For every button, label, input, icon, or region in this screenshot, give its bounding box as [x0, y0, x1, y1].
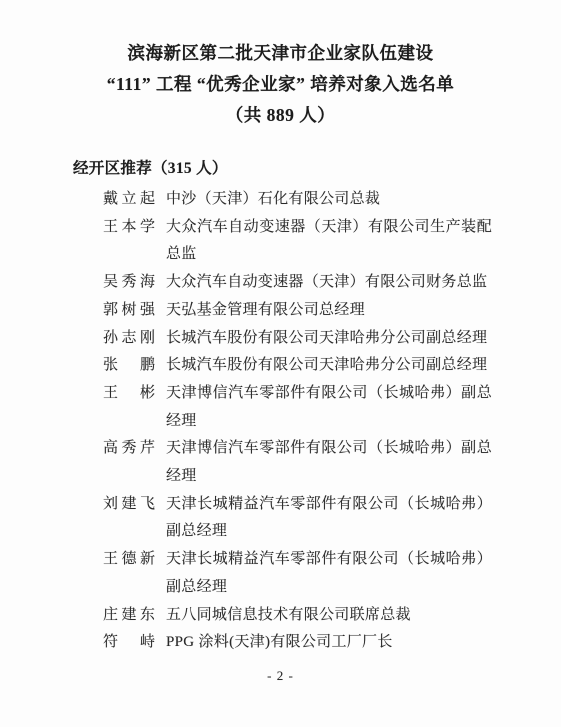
list-item: 王本学 大众汽车自动变速器（天津）有限公司生产装配总监 [103, 214, 561, 269]
person-title: 天津长城精益汽车零部件有限公司（长城哈弗）副总经理 [166, 491, 492, 546]
person-name: 戴立起 [103, 186, 155, 214]
person-title: 大众汽车自动变速器（天津）有限公司生产装配总监 [166, 214, 492, 269]
person-name: 王本学 [103, 214, 155, 242]
title-line-2: “111” 工程 “优秀企业家” 培养对象入选名单 [0, 69, 561, 100]
person-name: 孙志刚 [103, 325, 155, 353]
person-title: 长城汽车股份有限公司天津哈弗分公司副总经理 [166, 325, 492, 353]
person-name: 符 峙 [103, 629, 155, 657]
document-title: 滨海新区第二批天津市企业家队伍建设 “111” 工程 “优秀企业家” 培养对象入… [0, 0, 561, 131]
person-name: 高秀芹 [103, 435, 155, 463]
list-item: 高秀芹 天津博信汽车零部件有限公司（长城哈弗）副总经理 [103, 435, 561, 490]
person-name: 张 鹏 [103, 352, 155, 380]
list-item: 张 鹏 长城汽车股份有限公司天津哈弗分公司副总经理 [103, 352, 561, 380]
list-item: 刘建飞 天津长城精益汽车零部件有限公司（长城哈弗）副总经理 [103, 491, 561, 546]
person-name: 刘建飞 [103, 491, 155, 519]
list-item: 吴秀海 大众汽车自动变速器（天津）有限公司财务总监 [103, 269, 561, 297]
list-item: 孙志刚 长城汽车股份有限公司天津哈弗分公司副总经理 [103, 325, 561, 353]
person-title: 天津长城精益汽车零部件有限公司（长城哈弗）副总经理 [166, 546, 492, 601]
document-page: 滨海新区第二批天津市企业家队伍建设 “111” 工程 “优秀企业家” 培养对象入… [0, 0, 561, 727]
person-title: PPG 涂料(天津)有限公司工厂厂长 [166, 629, 492, 657]
person-title: 中沙（天津）石化有限公司总裁 [166, 186, 492, 214]
list-item: 郭树强 天弘基金管理有限公司总经理 [103, 297, 561, 325]
person-name: 庄建东 [103, 602, 155, 630]
person-name: 王 彬 [103, 380, 155, 408]
person-title: 天津博信汽车零部件有限公司（长城哈弗）副总经理 [166, 435, 492, 490]
list-item: 王 彬 天津博信汽车零部件有限公司（长城哈弗）副总经理 [103, 380, 561, 435]
title-line-3: （共 889 人） [0, 100, 561, 131]
person-title: 天津博信汽车零部件有限公司（长城哈弗）副总经理 [166, 380, 492, 435]
person-title: 大众汽车自动变速器（天津）有限公司财务总监 [166, 269, 492, 297]
person-title: 五八同城信息技术有限公司联席总裁 [166, 602, 492, 630]
person-name: 王德新 [103, 546, 155, 574]
list-item: 戴立起 中沙（天津）石化有限公司总裁 [103, 186, 561, 214]
entry-list: 戴立起 中沙（天津）石化有限公司总裁 王本学 大众汽车自动变速器（天津）有限公司… [103, 186, 561, 657]
person-name: 郭树强 [103, 297, 155, 325]
person-name: 吴秀海 [103, 269, 155, 297]
section-header: 经开区推荐（315 人） [73, 158, 561, 180]
list-item: 王德新 天津长城精益汽车零部件有限公司（长城哈弗）副总经理 [103, 546, 561, 601]
list-item: 符 峙 PPG 涂料(天津)有限公司工厂厂长 [103, 629, 561, 657]
title-line-1: 滨海新区第二批天津市企业家队伍建设 [0, 38, 561, 69]
page-number: - 2 - [0, 668, 561, 684]
person-title: 天弘基金管理有限公司总经理 [166, 297, 492, 325]
person-title: 长城汽车股份有限公司天津哈弗分公司副总经理 [166, 352, 492, 380]
list-item: 庄建东 五八同城信息技术有限公司联席总裁 [103, 602, 561, 630]
